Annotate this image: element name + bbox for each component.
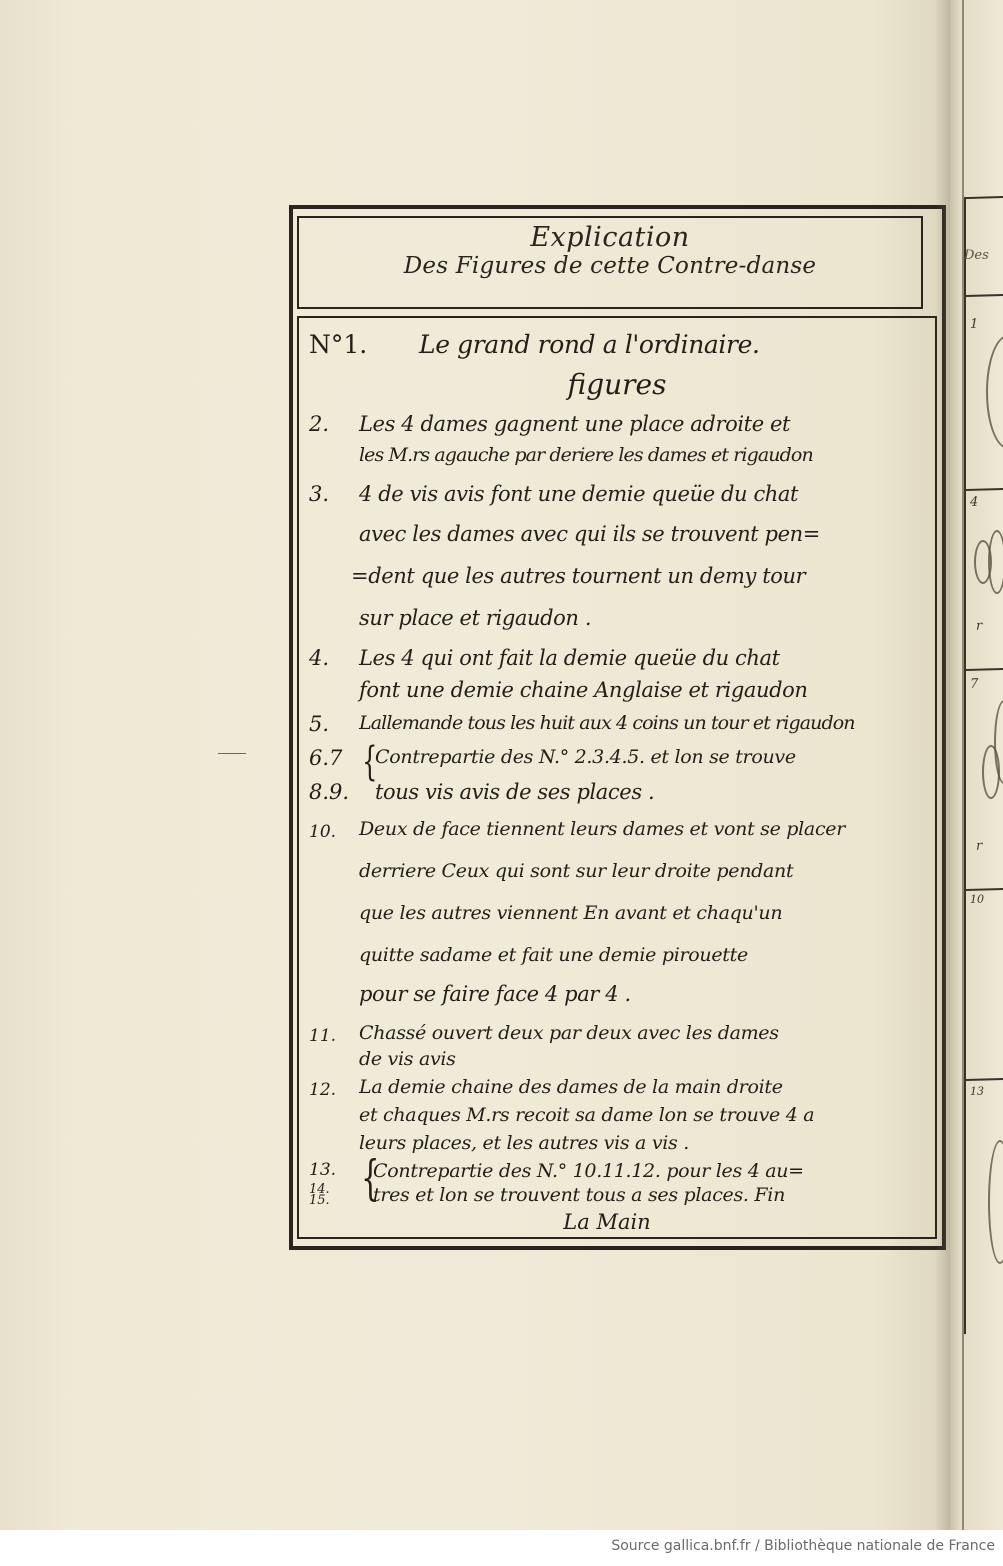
figures-explanation-box: N°1. Le grand rond a l'ordinaire. figure… [297, 316, 937, 1239]
section-heading: figures [299, 368, 935, 401]
document-title: Explication [299, 224, 921, 252]
frame-divider [966, 293, 1003, 297]
marker-r: r [976, 839, 982, 854]
marker-r: r [976, 619, 982, 634]
footer-bar: Source gallica.bnf.fr / Bibliothèque nat… [0, 1530, 1003, 1566]
frame-divider [966, 887, 1003, 891]
adjacent-page-edge: 1 4 7 10 13 r r Des [950, 0, 1003, 1530]
entry-line: et chaques M.rs recoit sa dame lon se tr… [359, 1104, 814, 1126]
figure-number: 1 [970, 317, 978, 332]
entry-line: avec les dames avec qui ils se trouvent … [359, 522, 820, 546]
figure-number: 4 [970, 495, 978, 510]
adjacent-page-title-fragment: Des [964, 248, 989, 263]
entry-line: font une demie chaine Anglaise et rigaud… [359, 678, 808, 702]
entry-number: 2. [309, 412, 329, 436]
document-subtitle: Des Figures de cette Contre-danse [299, 252, 921, 280]
brace-6-9: { [362, 742, 377, 782]
margin-mark [218, 753, 246, 754]
entry-line: tous vis avis de ses places . [375, 780, 654, 804]
entry-line: Deux de face tiennent leurs dames et von… [359, 818, 845, 840]
entry-line: tres et lon se trouvent tous a ses place… [373, 1184, 785, 1206]
entry-number: 14. 15. [309, 1184, 331, 1206]
entry-number: 4. [309, 646, 329, 670]
entry-line: les M.rs agauche par deriere les dames e… [359, 444, 813, 466]
entry-text: Le grand rond a l'ordinaire. [419, 330, 760, 359]
frame-divider [966, 1077, 1003, 1081]
frame-divider [966, 667, 1003, 671]
entry-line: Chassé ouvert deux par deux avec les dam… [359, 1022, 779, 1044]
figure-number: 7 [970, 677, 978, 692]
entry-line: que les autres viennent En avant et chaq… [359, 902, 782, 924]
entry-line: sur place et rigaudon . [359, 606, 591, 630]
entry-number: 6.7 [309, 746, 342, 770]
entry-line: Lallemande tous les huit aux 4 coins un … [359, 712, 855, 734]
closing-text: La Main [289, 1210, 925, 1234]
entry-line: leurs places, et les autres vis a vis . [359, 1132, 689, 1154]
entry-number: N°1. [309, 330, 367, 359]
entry-number: 3. [309, 482, 329, 506]
entry-line: 4 de vis avis font une demie queüe du ch… [359, 482, 798, 506]
figure-number: 13 [970, 1085, 984, 1098]
title-cartouche: Explication Des Figures de cette Contre-… [297, 216, 923, 309]
entry-line: derriere Ceux qui sont sur leur droite p… [359, 860, 793, 882]
entry-number: 12. [309, 1080, 336, 1100]
dance-figure-ornament [988, 530, 1003, 594]
entry-number: 11. [309, 1026, 336, 1046]
manuscript-page: Explication Des Figures de cette Contre-… [0, 0, 950, 1530]
entry-line: Contrepartie des N.° 10.11.12. pour les … [373, 1160, 804, 1182]
entry-line: de vis avis [359, 1048, 456, 1070]
entry-line: =dent que les autres tournent un demy to… [351, 564, 805, 588]
entry-number: 10. [309, 822, 336, 842]
figure-number: 10 [970, 893, 984, 906]
source-credit: Source gallica.bnf.fr / Bibliothèque nat… [611, 1538, 995, 1554]
entry-number: 13. [309, 1160, 336, 1180]
entry-line: Les 4 qui ont fait la demie queüe du cha… [359, 646, 780, 670]
entry-number: 8.9. [309, 780, 349, 804]
entry-line: quitte sadame et fait une demie pirouett… [359, 944, 748, 966]
entry-line: Contrepartie des N.° 2.3.4.5. et lon se … [375, 746, 796, 768]
frame-divider [966, 487, 1003, 491]
entry-line: La demie chaine des dames de la main dro… [359, 1076, 783, 1098]
entry-line: pour se faire face 4 par 4 . [359, 982, 631, 1006]
entry-line: Les 4 dames gagnent une place adroite et [359, 412, 790, 436]
entry-number: 5. [309, 712, 329, 736]
